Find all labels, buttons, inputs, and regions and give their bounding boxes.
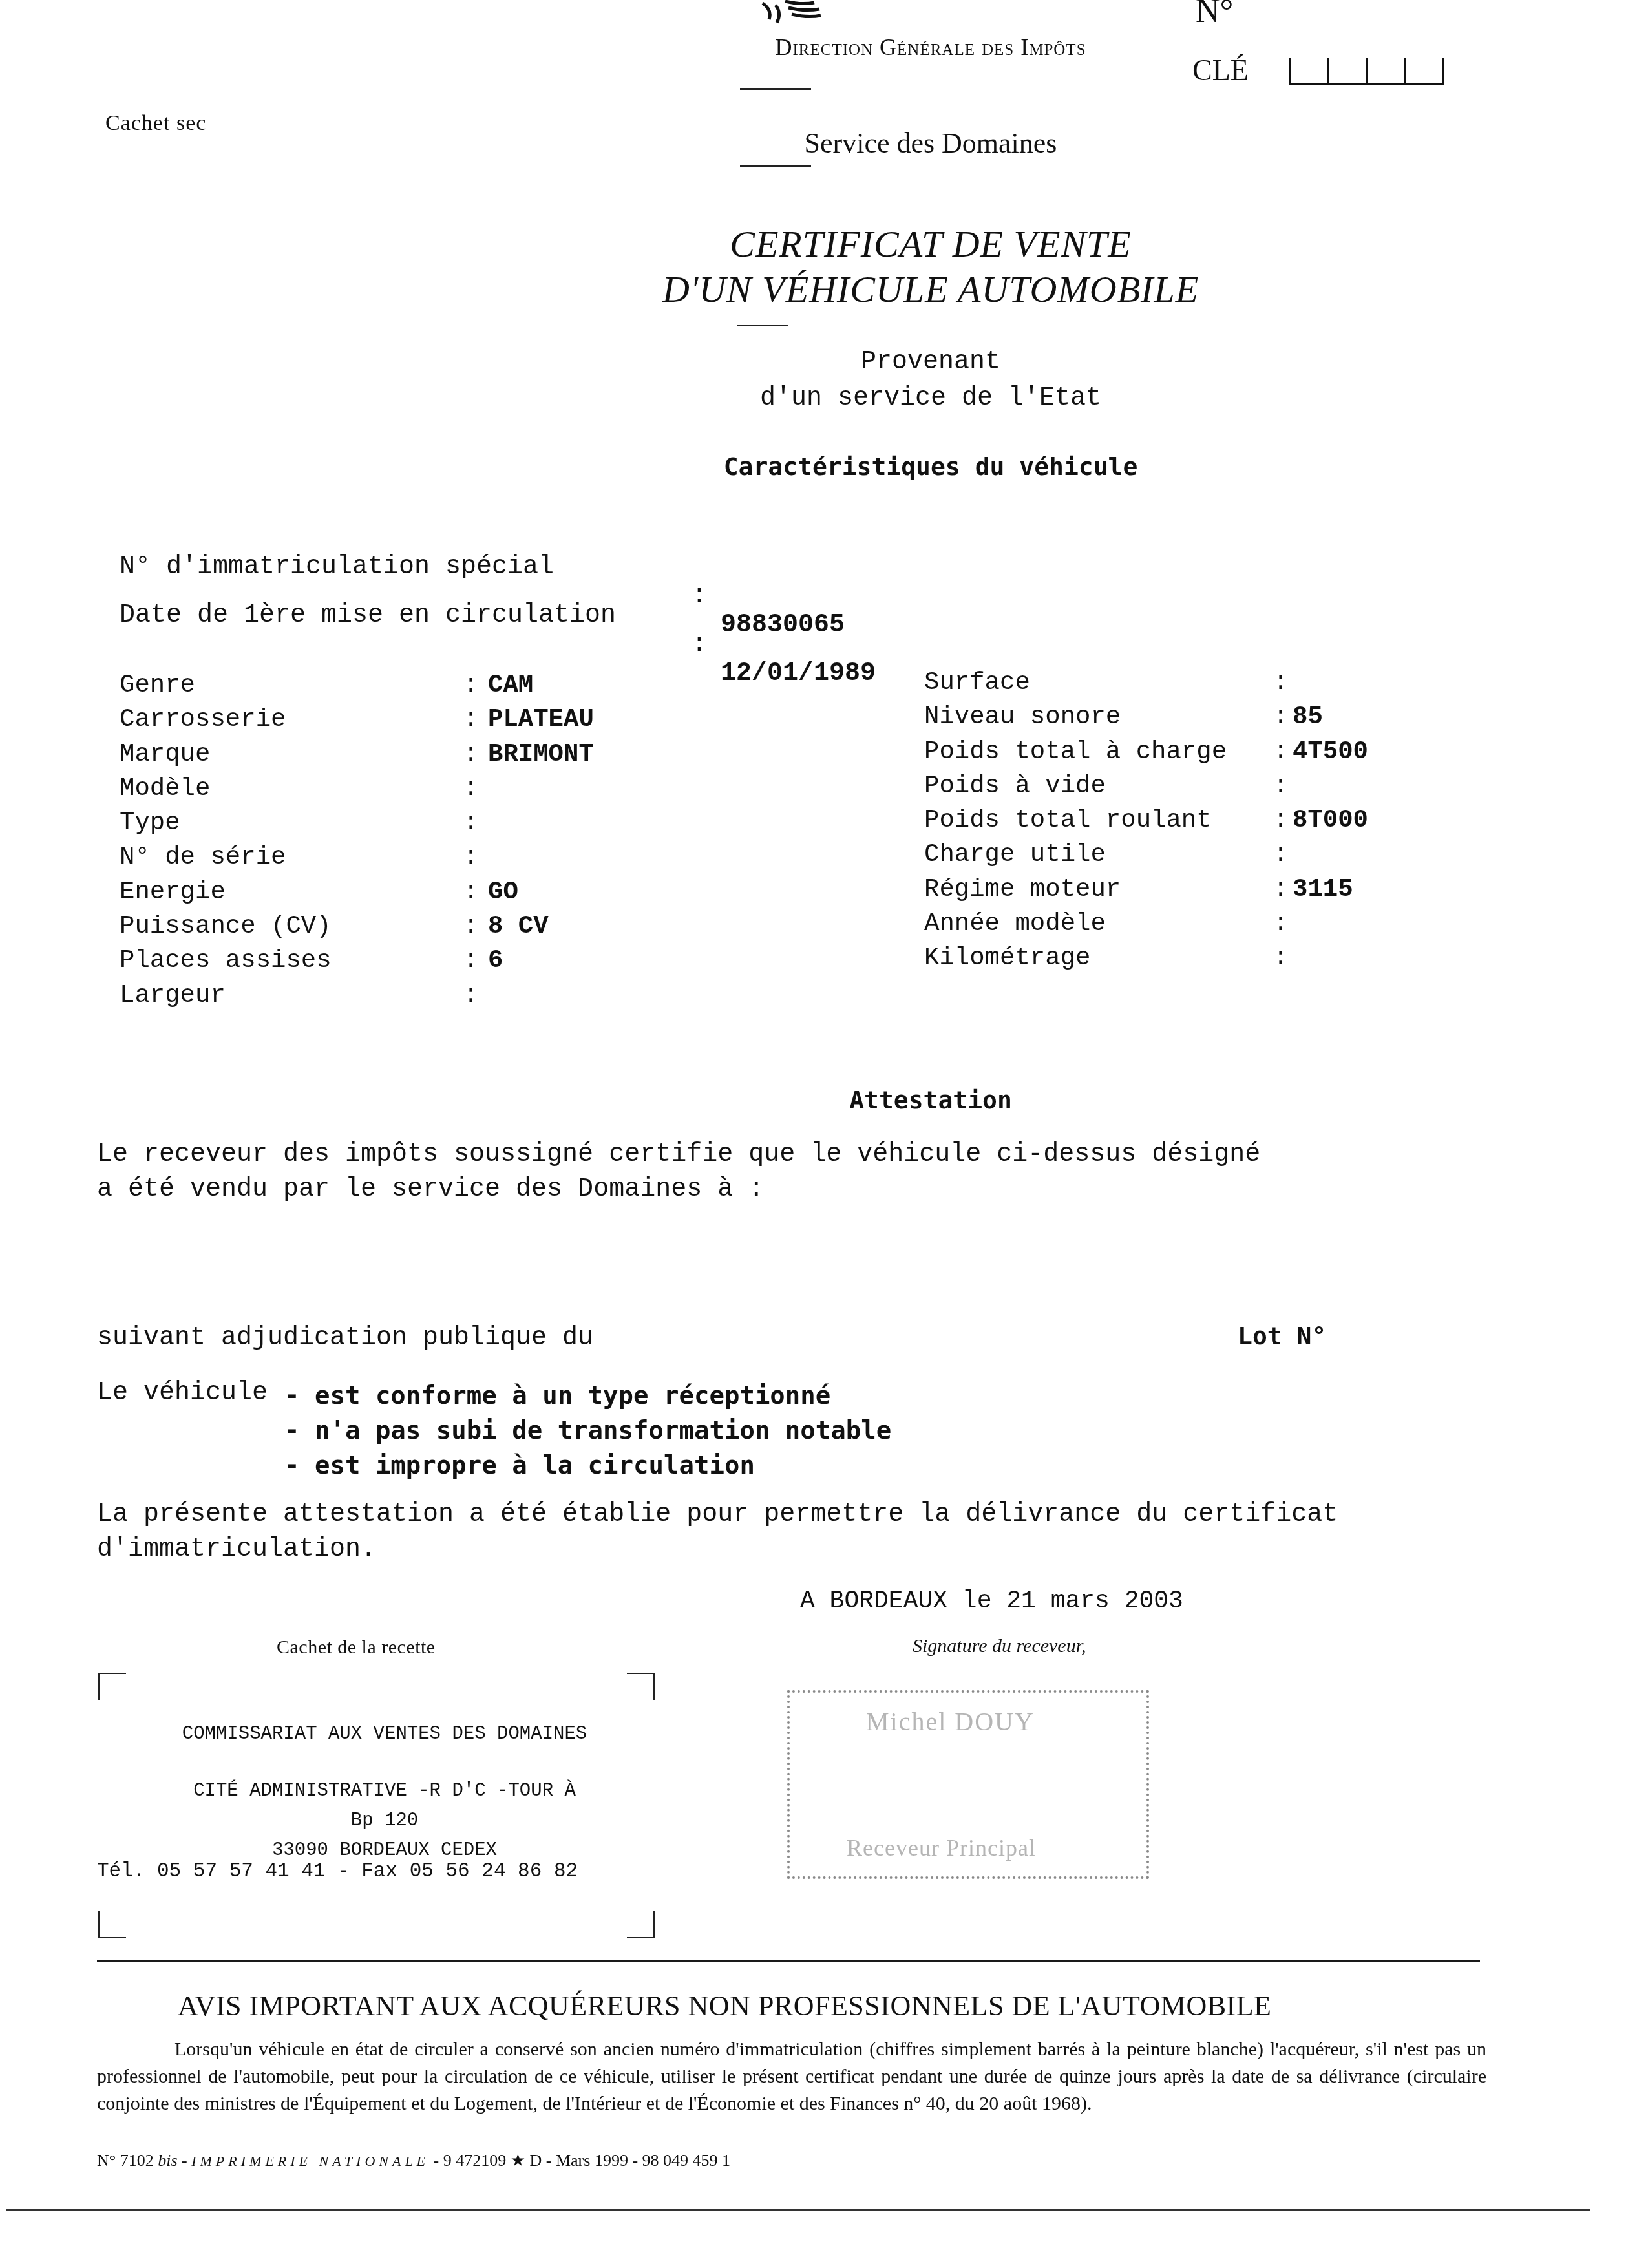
field-label: Places assises xyxy=(120,946,332,975)
number-label: N° xyxy=(1196,0,1233,30)
field-separator: : xyxy=(1273,875,1288,904)
corner-mark xyxy=(98,1673,126,1700)
notice-body: Lorsqu'un véhicule en état de circuler a… xyxy=(97,2036,1486,2117)
field-separator: : xyxy=(1273,909,1288,938)
field-value: PLATEAU xyxy=(488,705,594,734)
cle-cell[interactable] xyxy=(1366,58,1404,83)
field-label: Poids à vide xyxy=(924,772,1106,800)
purpose-statement: La présente attestation a été établie po… xyxy=(97,1498,1338,1567)
recette-address-line: CITÉ ADMINISTRATIVE -R D'C -TOUR À xyxy=(84,1776,685,1806)
field-value: 3115 xyxy=(1293,875,1353,904)
field-separator: : xyxy=(463,912,478,940)
field-value: BRIMONT xyxy=(488,740,594,768)
cle-cell[interactable] xyxy=(1289,58,1327,83)
condition-item: - n'a pas subi de transformation notable xyxy=(284,1414,891,1448)
field-separator: : xyxy=(463,671,478,699)
field-label: Carrosserie xyxy=(120,705,286,734)
cle-input-boxes[interactable] xyxy=(1289,58,1444,85)
notice-title: AVIS IMPORTANT AUX ACQUÉREURS NON PROFES… xyxy=(178,1989,1271,2022)
section-title-characteristics: Caractéristiques du véhicule xyxy=(0,452,1648,481)
document-title: CERTIFICAT DE VENTE D'UN VÉHICULE AUTOMO… xyxy=(0,222,1648,312)
field-label: Poids total roulant xyxy=(924,806,1212,834)
recette-address-line: Bp 120 xyxy=(84,1806,685,1836)
provenance: Provenant d'un service de l'Etat xyxy=(0,344,1648,417)
field-separator: : xyxy=(463,981,478,1010)
field-label: N° de série xyxy=(120,843,286,871)
field-label: Modèle xyxy=(120,774,210,803)
field-separator: : xyxy=(463,740,478,768)
form-number: N° 7102 xyxy=(97,2151,154,2170)
field-label: Date de 1ère mise en circulation xyxy=(120,601,616,630)
field-label: Type xyxy=(120,809,180,837)
divider xyxy=(740,165,811,167)
field-label: Poids total à charge xyxy=(924,737,1227,766)
service-name: Service des Domaines xyxy=(0,127,1648,160)
lot-number-label: Lot N° xyxy=(1238,1322,1326,1350)
field-label: Largeur xyxy=(120,981,226,1010)
printer-reference: N° 7102 bis - IMPRIMERIE NATIONALE - 9 4… xyxy=(97,2151,730,2170)
vehicule-label: Le véhicule xyxy=(97,1379,268,1408)
section-title-attestation: Attestation xyxy=(0,1086,1648,1114)
field-separator: : xyxy=(463,878,478,906)
field-separator: : xyxy=(463,774,478,803)
field-label: Année modèle xyxy=(924,909,1106,938)
field-label: Charge utile xyxy=(924,840,1106,869)
field-separator: : xyxy=(463,946,478,975)
field-value: CAM xyxy=(488,671,533,699)
adjudication-text: suivant adjudication publique du xyxy=(97,1324,593,1353)
field-separator: : xyxy=(1273,944,1288,972)
cle-cell[interactable] xyxy=(1404,58,1444,83)
cle-label: CLÉ xyxy=(1192,53,1249,87)
field-label: Régime moteur xyxy=(924,875,1121,904)
vehicule-conditions: - est conforme à un type réceptionné - n… xyxy=(284,1379,891,1483)
field-separator: : xyxy=(1273,737,1288,766)
field-separator: : xyxy=(692,582,707,611)
field-value: 12/01/1989 xyxy=(721,659,876,688)
field-separator: : xyxy=(692,630,707,659)
agency-name: Direction Générale des Impôts xyxy=(0,34,1648,61)
field-separator: : xyxy=(1273,840,1288,869)
field-separator: : xyxy=(1273,703,1288,731)
field-label: Surface xyxy=(924,668,1030,697)
title-line-2: D'UN VÉHICULE AUTOMOBILE xyxy=(213,267,1648,312)
divider xyxy=(740,88,811,90)
field-separator: : xyxy=(1273,772,1288,800)
divider xyxy=(737,325,788,326)
field-label: Marque xyxy=(120,740,210,768)
place-and-date: A BORDEAUX le 21 mars 2003 xyxy=(800,1587,1183,1615)
field-separator: : xyxy=(463,809,478,837)
condition-item: - est conforme à un type réceptionné xyxy=(284,1379,891,1414)
provenant-line-1: Provenant xyxy=(213,344,1648,381)
field-value: 85 xyxy=(1293,703,1323,731)
corner-mark xyxy=(627,1911,655,1938)
field-value: 6 xyxy=(488,946,503,975)
field-value: 4T500 xyxy=(1293,737,1368,766)
field-value: 8 CV xyxy=(488,912,549,940)
field-value: 8T000 xyxy=(1293,806,1368,834)
field-separator: : xyxy=(1273,806,1288,834)
field-separator: : xyxy=(463,705,478,734)
condition-item: - est impropre à la circulation xyxy=(284,1448,891,1483)
divider xyxy=(97,1960,1480,1962)
recette-phone-fax: Tél. 05 57 57 41 41 - Fax 05 56 24 86 82 xyxy=(97,1860,578,1883)
recette-address: COMMISSARIAT AUX VENTES DES DOMAINES CIT… xyxy=(84,1719,685,1865)
printer-name: IMPRIMERIE NATIONALE xyxy=(191,2153,429,2169)
field-label: Niveau sonore xyxy=(924,703,1121,731)
form-bis: bis xyxy=(158,2151,177,2170)
print-ref: - 9 472109 ★ D - Mars 1999 - 98 049 459 … xyxy=(434,2151,731,2170)
stamp-name: Michel DOUY xyxy=(866,1706,1035,1737)
field-label: Puissance (CV) xyxy=(120,912,332,940)
field-label: N° d'immatriculation spécial xyxy=(120,553,554,582)
attestation-body: Le receveur des impôts soussigné certifi… xyxy=(97,1138,1260,1207)
field-value: 98830065 xyxy=(721,611,845,640)
field-label: Genre xyxy=(120,671,195,699)
page-edge-line xyxy=(6,2209,1590,2211)
cle-cell[interactable] xyxy=(1327,58,1366,83)
title-line-1: CERTIFICAT DE VENTE xyxy=(213,222,1648,267)
field-separator: : xyxy=(463,843,478,871)
field-value: GO xyxy=(488,878,518,906)
marianne-logo-icon xyxy=(737,0,847,26)
provenant-line-2: d'un service de l'Etat xyxy=(213,381,1648,417)
corner-mark xyxy=(98,1911,126,1938)
corner-mark xyxy=(627,1673,655,1700)
field-separator: : xyxy=(1273,668,1288,697)
cachet-recette-label: Cachet de la recette xyxy=(277,1637,436,1659)
field-label: Energie xyxy=(120,878,226,906)
signature-label: Signature du receveur, xyxy=(913,1635,1086,1657)
stamp-title: Receveur Principal xyxy=(847,1834,1036,1861)
field-label: Kilométrage xyxy=(924,944,1090,972)
recette-name: COMMISSARIAT AUX VENTES DES DOMAINES xyxy=(84,1719,685,1749)
